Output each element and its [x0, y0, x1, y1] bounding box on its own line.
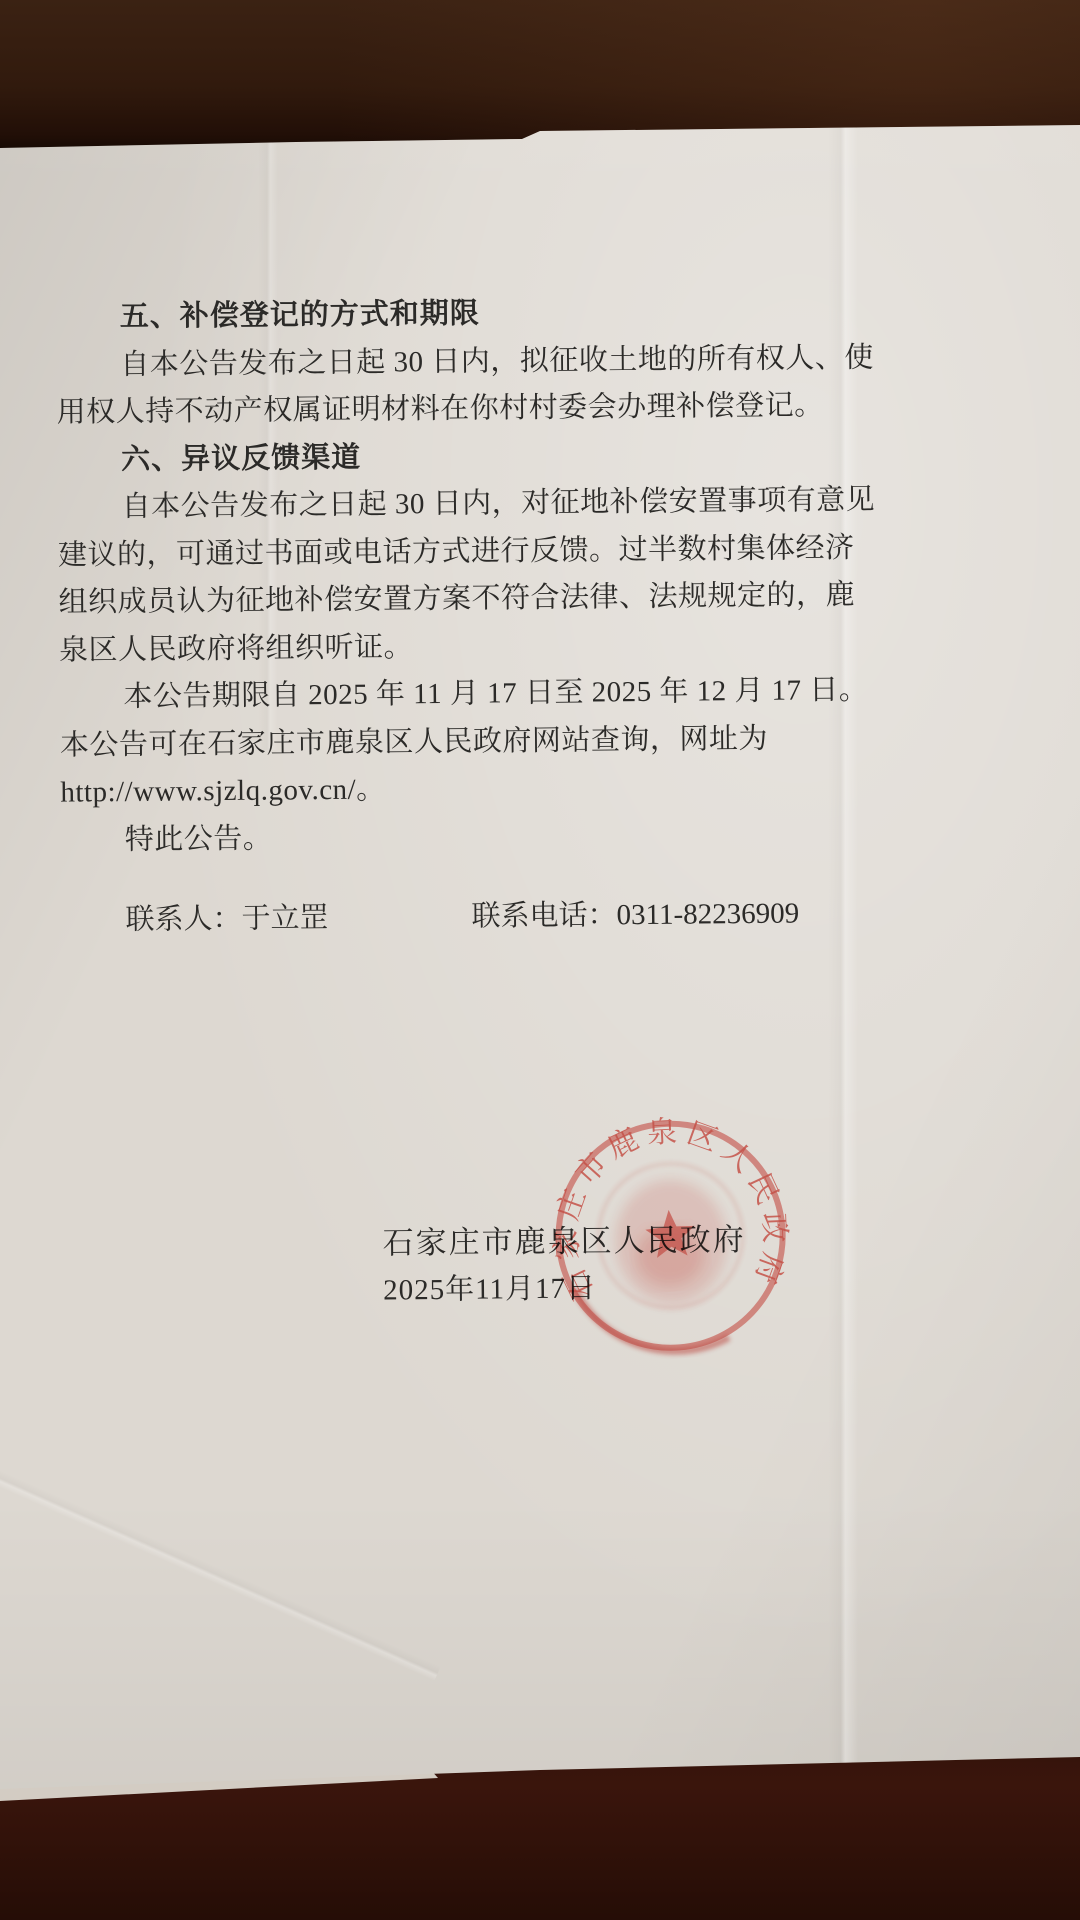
notice-line: 六、异议反馈渠道 — [57, 430, 837, 485]
contact-phone: 联系电话：0311-82236909 — [471, 891, 799, 935]
contact-person: 联系人：于立罡 — [125, 895, 328, 938]
notice-line: 泉区人民政府将组织听证。 — [59, 620, 839, 675]
notice-line: 自本公告发布之日起 30 日内，对征地补偿安置事项有意见 — [57, 477, 837, 532]
notice-line: 五、补偿登记的方式和期限 — [56, 287, 836, 342]
notice-line: 特此公告。 — [61, 810, 841, 865]
photographed-notice: 五、补偿登记的方式和期限自本公告发布之日起 30 日内，拟征收土地的所有权人、使… — [0, 0, 1080, 1920]
official-seal-graphic: 石家庄市鹿泉区人民政府 — [531, 1096, 811, 1376]
official-seal: 石家庄市鹿泉区人民政府 — [531, 1096, 811, 1376]
notice-line: 组织成员认为征地补偿安置方案不符合法律、法规规定的，鹿 — [58, 572, 838, 627]
contact-row: 联系人：于立罡 联系电话：0311-82236909 — [0, 888, 1080, 946]
notice-paper: 五、补偿登记的方式和期限自本公告发布之日起 30 日内，拟征收土地的所有权人、使… — [0, 0, 1080, 1920]
notice-line: http://www.sjzlq.gov.cn/。 — [60, 762, 840, 817]
notice-line: 用权人持不动产权属证明材料在你村村委会办理补偿登记。 — [57, 382, 837, 437]
notice-line: 本公告可在石家庄市鹿泉区人民政府网站查询，网址为 — [60, 715, 840, 770]
notice-content: 五、补偿登记的方式和期限自本公告发布之日起 30 日内，拟征收土地的所有权人、使… — [0, 0, 1080, 1920]
notice-lines: 五、补偿登记的方式和期限自本公告发布之日起 30 日内，拟征收土地的所有权人、使… — [56, 287, 841, 864]
notice-line: 自本公告发布之日起 30 日内，拟征收土地的所有权人、使 — [56, 335, 836, 390]
notice-line: 建议的，可通过书面或电话方式进行反馈。过半数村集体经济 — [58, 525, 838, 580]
notice-line: 本公告期限自 2025 年 11 月 17 日至 2025 年 12 月 17 … — [59, 667, 839, 722]
